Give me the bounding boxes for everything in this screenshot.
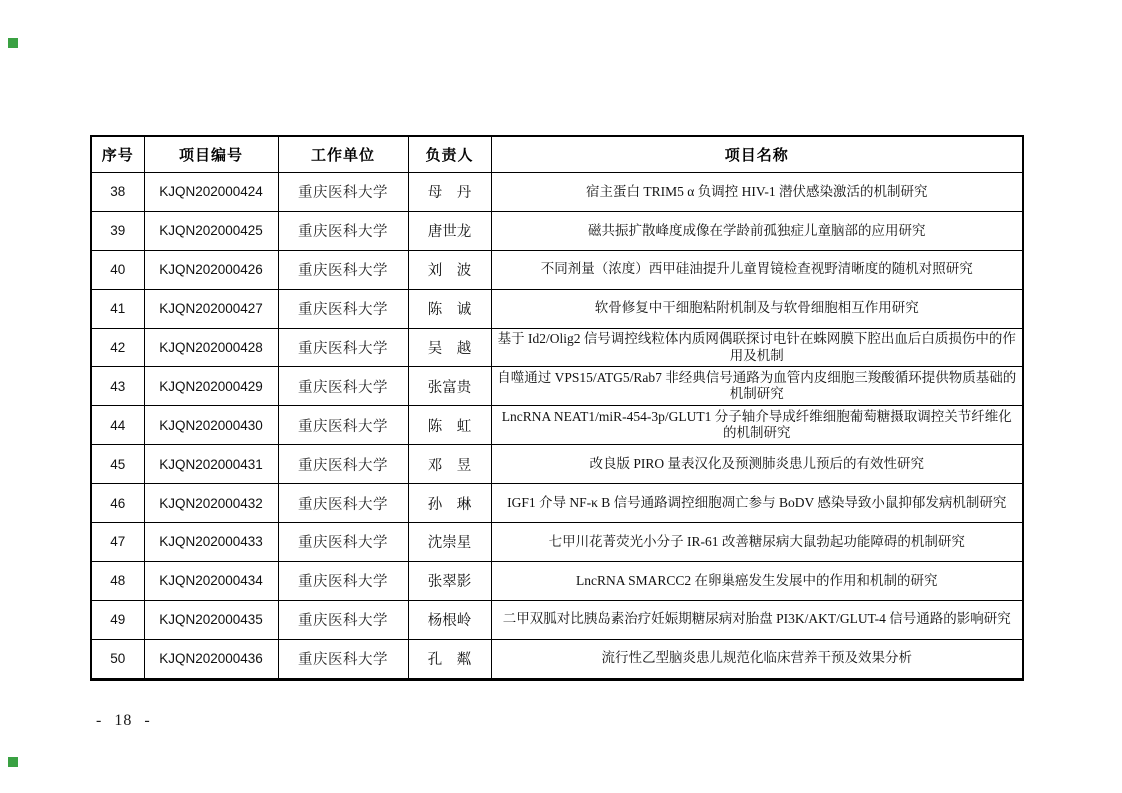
cell-work-unit: 重庆医科大学 [278, 173, 408, 212]
cell-serial: 38 [91, 173, 144, 212]
cell-project-title: 磁共振扩散峰度成像在学龄前孤独症儿童脑部的应用研究 [491, 211, 1023, 250]
cell-leader: 张翠影 [408, 561, 491, 600]
cell-work-unit: 重庆医科大学 [278, 600, 408, 639]
cell-serial: 47 [91, 523, 144, 562]
cell-leader: 吴 越 [408, 328, 491, 367]
header-project-title: 项目名称 [491, 136, 1023, 173]
cell-project-code: KJQN202000425 [144, 211, 278, 250]
cell-project-title: IGF1 介导 NF-κ B 信号通路调控细胞凋亡参与 BoDV 感染导致小鼠抑… [491, 484, 1023, 523]
cell-serial: 50 [91, 639, 144, 679]
cell-project-title: 二甲双胍对比胰岛素治疗妊娠期糖尿病对胎盘 PI3K/AKT/GLUT-4 信号通… [491, 600, 1023, 639]
cell-project-code: KJQN202000426 [144, 250, 278, 289]
table-row: 47 KJQN202000433 重庆医科大学 沈崇星 七甲川花菁荧光小分子 I… [91, 523, 1023, 562]
cell-work-unit: 重庆医科大学 [278, 289, 408, 328]
cell-project-code: KJQN202000428 [144, 328, 278, 367]
cell-project-title: 宿主蛋白 TRIM5 α 负调控 HIV-1 潜伏感染激活的机制研究 [491, 173, 1023, 212]
header-serial: 序号 [91, 136, 144, 173]
cell-serial: 49 [91, 600, 144, 639]
cell-project-code: KJQN202000433 [144, 523, 278, 562]
cell-project-title: LncRNA NEAT1/miR-454-3p/GLUT1 分子轴介导成纤维细胞… [491, 406, 1023, 445]
cell-leader: 母 丹 [408, 173, 491, 212]
table-row: 50 KJQN202000436 重庆医科大学 孔 粼 流行性乙型脑炎患儿规范化… [91, 639, 1023, 679]
cell-project-title: 流行性乙型脑炎患儿规范化临床营养干预及效果分析 [491, 639, 1023, 679]
green-marker-bottom [8, 757, 18, 767]
cell-leader: 杨根岭 [408, 600, 491, 639]
cell-work-unit: 重庆医科大学 [278, 328, 408, 367]
table-row: 49 KJQN202000435 重庆医科大学 杨根岭 二甲双胍对比胰岛素治疗妊… [91, 600, 1023, 639]
cell-serial: 44 [91, 406, 144, 445]
cell-serial: 39 [91, 211, 144, 250]
table-row: 46 KJQN202000432 重庆医科大学 孙 琳 IGF1 介导 NF-κ… [91, 484, 1023, 523]
header-project-code: 项目编号 [144, 136, 278, 173]
project-table: 序号 项目编号 工作单位 负责人 项目名称 38 KJQN202000424 重… [90, 135, 1024, 681]
cell-serial: 41 [91, 289, 144, 328]
cell-leader: 刘 波 [408, 250, 491, 289]
cell-project-title: 不同剂量（浓度）西甲硅油提升儿童胃镜检查视野清晰度的随机对照研究 [491, 250, 1023, 289]
table-row: 40 KJQN202000426 重庆医科大学 刘 波 不同剂量（浓度）西甲硅油… [91, 250, 1023, 289]
table-row: 42 KJQN202000428 重庆医科大学 吴 越 基于 Id2/Olig2… [91, 328, 1023, 367]
table-row: 43 KJQN202000429 重庆医科大学 张富贵 自噬通过 VPS15/A… [91, 367, 1023, 406]
cell-project-code: KJQN202000431 [144, 445, 278, 484]
cell-project-code: KJQN202000432 [144, 484, 278, 523]
cell-work-unit: 重庆医科大学 [278, 484, 408, 523]
cell-work-unit: 重庆医科大学 [278, 406, 408, 445]
header-work-unit: 工作单位 [278, 136, 408, 173]
cell-project-code: KJQN202000430 [144, 406, 278, 445]
cell-project-title: LncRNA SMARCC2 在卵巢癌发生发展中的作用和机制的研究 [491, 561, 1023, 600]
table-row: 44 KJQN202000430 重庆医科大学 陈 虹 LncRNA NEAT1… [91, 406, 1023, 445]
cell-work-unit: 重庆医科大学 [278, 250, 408, 289]
cell-work-unit: 重庆医科大学 [278, 561, 408, 600]
cell-work-unit: 重庆医科大学 [278, 639, 408, 679]
header-leader: 负责人 [408, 136, 491, 173]
cell-serial: 40 [91, 250, 144, 289]
cell-project-title: 七甲川花菁荧光小分子 IR-61 改善糖尿病大鼠勃起功能障碍的机制研究 [491, 523, 1023, 562]
table-row: 45 KJQN202000431 重庆医科大学 邓 昱 改良版 PIRO 量表汉… [91, 445, 1023, 484]
cell-project-title: 自噬通过 VPS15/ATG5/Rab7 非经典信号通路为血管内皮细胞三羧酸循环… [491, 367, 1023, 406]
cell-serial: 42 [91, 328, 144, 367]
document-page: 序号 项目编号 工作单位 负责人 项目名称 38 KJQN202000424 重… [0, 0, 1122, 793]
cell-serial: 45 [91, 445, 144, 484]
header-row: 序号 项目编号 工作单位 负责人 项目名称 [91, 136, 1023, 173]
cell-leader: 陈 诚 [408, 289, 491, 328]
cell-work-unit: 重庆医科大学 [278, 523, 408, 562]
table-row: 39 KJQN202000425 重庆医科大学 唐世龙 磁共振扩散峰度成像在学龄… [91, 211, 1023, 250]
cell-work-unit: 重庆医科大学 [278, 211, 408, 250]
cell-project-title: 基于 Id2/Olig2 信号调控线粒体内质网偶联探讨电针在蛛网膜下腔出血后白质… [491, 328, 1023, 367]
cell-project-code: KJQN202000424 [144, 173, 278, 212]
cell-leader: 孙 琳 [408, 484, 491, 523]
cell-project-code: KJQN202000435 [144, 600, 278, 639]
table-row: 48 KJQN202000434 重庆医科大学 张翠影 LncRNA SMARC… [91, 561, 1023, 600]
cell-serial: 48 [91, 561, 144, 600]
cell-project-code: KJQN202000429 [144, 367, 278, 406]
cell-serial: 43 [91, 367, 144, 406]
cell-project-code: KJQN202000434 [144, 561, 278, 600]
cell-leader: 唐世龙 [408, 211, 491, 250]
page-number: - 18 - [96, 712, 151, 730]
green-marker-top [8, 38, 18, 48]
table-row: 38 KJQN202000424 重庆医科大学 母 丹 宿主蛋白 TRIM5 α… [91, 173, 1023, 212]
cell-leader: 邓 昱 [408, 445, 491, 484]
cell-leader: 沈崇星 [408, 523, 491, 562]
cell-project-title: 软骨修复中干细胞粘附机制及与软骨细胞相互作用研究 [491, 289, 1023, 328]
cell-project-title: 改良版 PIRO 量表汉化及预测肺炎患儿预后的有效性研究 [491, 445, 1023, 484]
table-row: 41 KJQN202000427 重庆医科大学 陈 诚 软骨修复中干细胞粘附机制… [91, 289, 1023, 328]
cell-project-code: KJQN202000427 [144, 289, 278, 328]
cell-leader: 陈 虹 [408, 406, 491, 445]
cell-work-unit: 重庆医科大学 [278, 445, 408, 484]
cell-serial: 46 [91, 484, 144, 523]
cell-leader: 张富贵 [408, 367, 491, 406]
cell-leader: 孔 粼 [408, 639, 491, 679]
table-body: 38 KJQN202000424 重庆医科大学 母 丹 宿主蛋白 TRIM5 α… [91, 173, 1023, 680]
cell-work-unit: 重庆医科大学 [278, 367, 408, 406]
cell-project-code: KJQN202000436 [144, 639, 278, 679]
